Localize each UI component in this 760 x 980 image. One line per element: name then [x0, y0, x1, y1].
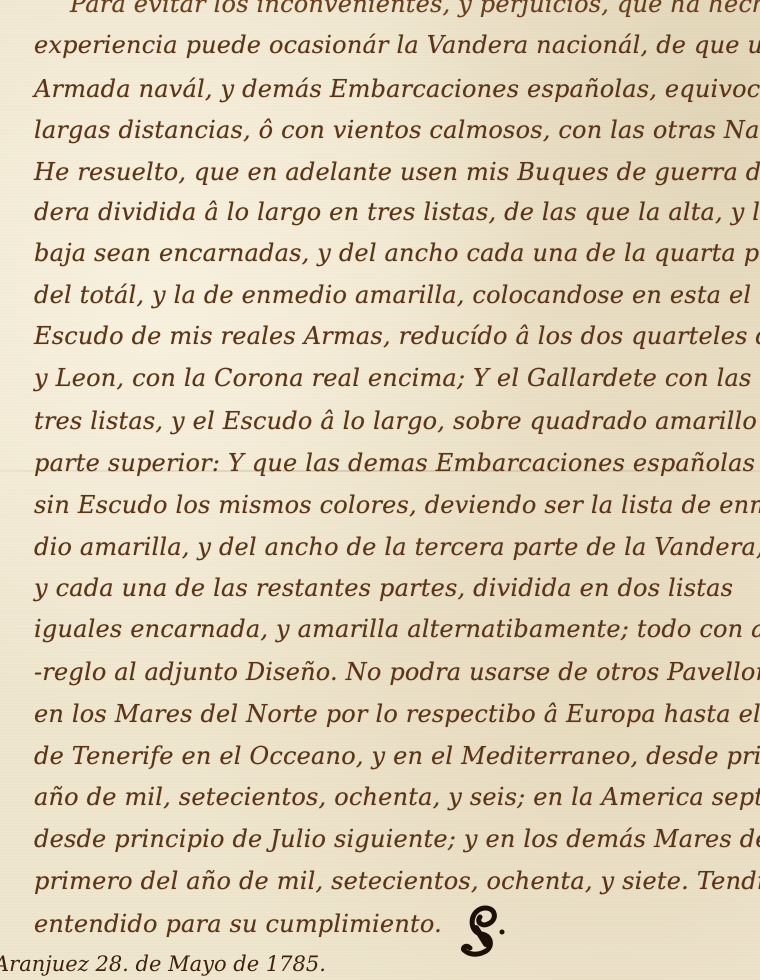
text-line: dio amarilla, y del ancho de la tercera … — [34, 535, 760, 559]
text-line: año de mil, setecientos, ochenta, y seis… — [34, 785, 760, 809]
signature-rubric-icon — [458, 904, 510, 962]
text-line: sin Escudo los mismos colores, deviendo … — [34, 493, 760, 517]
text-line: Escudo de mis reales Armas, reducído â l… — [34, 324, 760, 348]
text-line: de Tenerife en el Occeano, y en el Medit… — [34, 744, 760, 768]
text-line: y cada una de las restantes partes, divi… — [34, 576, 733, 600]
text-line: del totál, y la de enmedio amarilla, col… — [34, 283, 751, 307]
text-line: parte superior: Y que las demas Embarcac… — [34, 451, 760, 475]
text-line: dera dividida â lo largo en tres listas,… — [34, 200, 760, 224]
text-line: entendido para su cumplimiento. — [34, 912, 442, 936]
text-line: y Leon, con la Corona real encima; Y el … — [34, 366, 760, 390]
text-line: iguales encarnada, y amarilla alternatib… — [34, 617, 760, 641]
text-line: He resuelto, que en adelante usen mis Bu… — [34, 160, 760, 184]
text-line: Armada navál, y demás Embarcaciones espa… — [34, 77, 760, 101]
text-line: primero del año de mil, setecientos, och… — [34, 869, 760, 893]
text-line: en los Mares del Norte por lo respectibo… — [34, 702, 760, 726]
place-and-date: Aranjuez 28. de Mayo de 1785. — [0, 952, 326, 976]
text-line: tres listas, y el Escudo â lo largo, sob… — [34, 409, 760, 433]
text-line: -reglo al adjunto Diseño. No podra usars… — [34, 660, 760, 684]
text-line: experiencia puede ocasionár la Vandera n… — [34, 33, 760, 57]
text-line: largas distancias, ô con vientos calmoso… — [34, 118, 760, 142]
manuscript-page: Para evitar los inconvenientes, y perjui… — [0, 0, 760, 980]
text-line: baja sean encarnadas, y del ancho cada u… — [34, 241, 760, 265]
text-line: Para evitar los inconvenientes, y perjui… — [70, 0, 760, 16]
text-line: desde principio de Julio siguiente; y en… — [34, 827, 760, 851]
